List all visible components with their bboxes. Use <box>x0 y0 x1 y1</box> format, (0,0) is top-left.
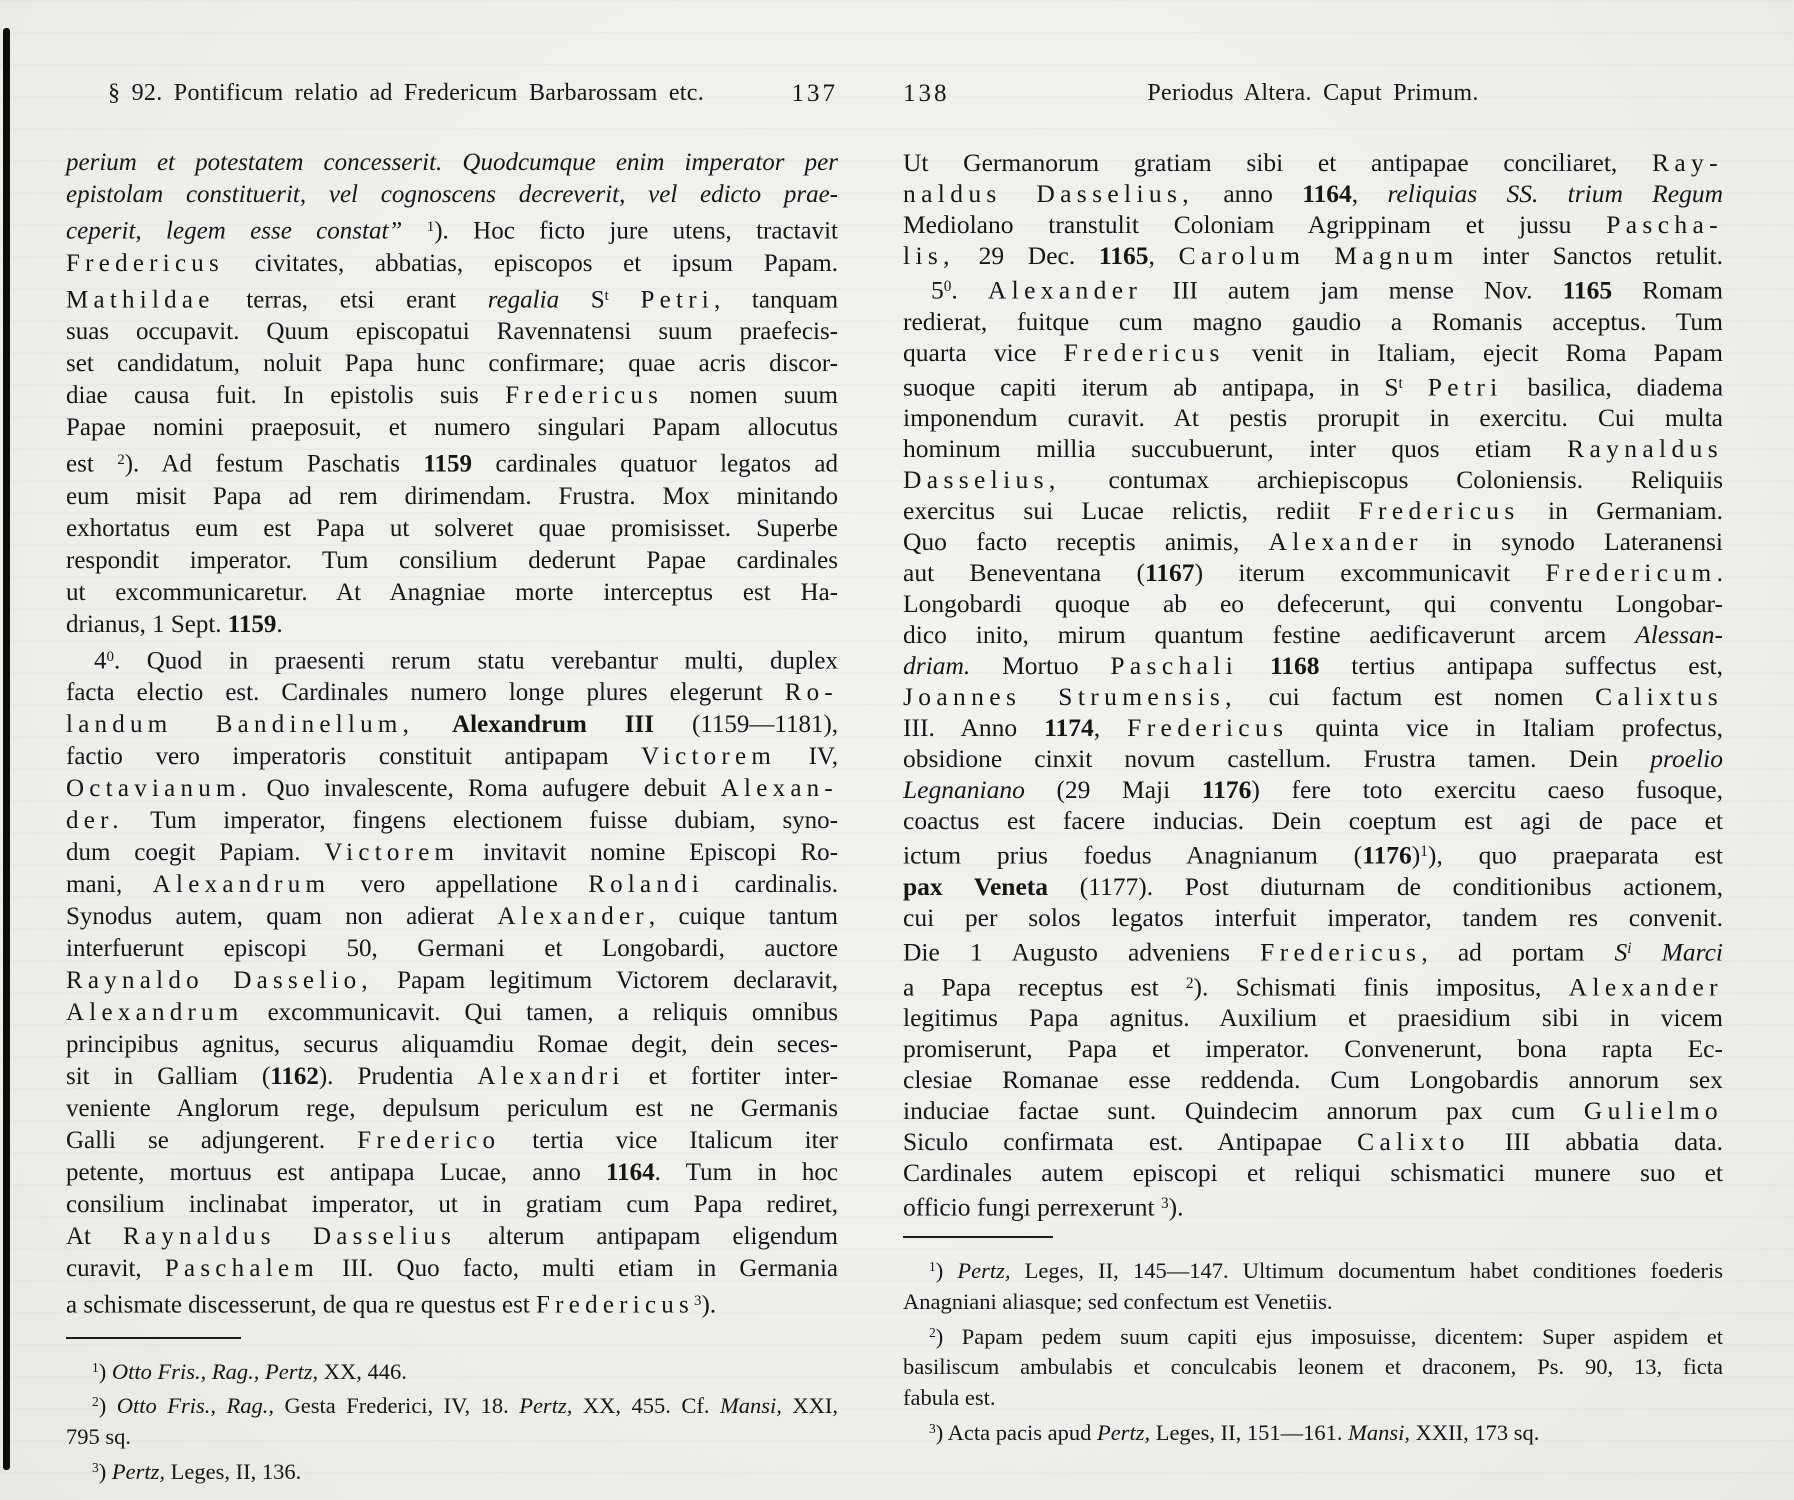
text-segment: ). Ad festum Paschatis <box>125 451 424 478</box>
text-segment: Leges, II, 136. <box>165 1459 301 1484</box>
text-segment: , <box>1094 713 1127 742</box>
text-segment: (1159—1181), <box>654 711 838 738</box>
text-segment: fabula est. <box>903 1385 995 1410</box>
text-segment: Petri <box>1428 372 1503 401</box>
text-segment: Tum imperator, fingens electionem fuisse… <box>124 807 838 834</box>
left-body-text: perium et potestatem concesserit. Quodcu… <box>66 147 838 1322</box>
text-segment: , ad portam <box>1421 938 1614 967</box>
text-line: coactus est facere inducias. Dein coeptu… <box>903 805 1723 836</box>
text-segment: Raynaldo Dasselio, <box>66 967 373 994</box>
text-line: mani, Alexandrum vero appellatione Rolan… <box>66 869 838 901</box>
text-segment: Fredericus <box>505 382 663 409</box>
text-segment: Leges, II, 151—161. <box>1150 1420 1348 1445</box>
text-segment: Gesta Frederici, IV, 18. <box>274 1393 519 1418</box>
text-segment: (1177). Post diuturnam de conditionibus … <box>1048 872 1723 901</box>
text-segment: 1164 <box>1302 179 1352 208</box>
text-segment: vero appellatione <box>330 871 588 898</box>
page-left: § 92. Pontificum relatio ad Fredericum B… <box>66 80 838 1487</box>
text-segment <box>609 286 641 313</box>
text-line: Legnaniano (29 Maji 1176) fere toto exer… <box>903 774 1723 805</box>
text-segment: Fredericus <box>1260 938 1421 967</box>
text-segment: Fredericus <box>66 250 224 277</box>
text-segment: Calixtus <box>1595 682 1723 711</box>
left-footnote-rule <box>66 1337 241 1339</box>
text-line: officio fungi perrexerunt 3). <box>903 1188 1723 1223</box>
text-segment: III autem jam mense Nov. <box>1142 276 1562 305</box>
right-body-text: Ut Germanorum gratiam sibi et antipapae … <box>903 147 1723 1223</box>
text-line: Mediolano transtulit Coloniam Agrippinam… <box>903 209 1723 240</box>
text-line: diae causa fuit. In epistolis suis Frede… <box>66 380 838 412</box>
right-page-number: 138 <box>903 80 950 108</box>
text-line: curavit, Paschalem III. Quo facto, multi… <box>66 1253 838 1285</box>
text-line: Papae nomini praeposuit, et numero singu… <box>66 412 838 444</box>
text-segment <box>1238 651 1270 680</box>
text-segment: est <box>66 451 117 478</box>
text-segment: ceperit, legem esse constat” <box>66 218 427 245</box>
text-segment: ). Schismati finis impositus, <box>1194 972 1569 1001</box>
text-segment: Victorem <box>324 839 459 866</box>
text-line: driam. Mortuo Paschali 1168 tertius anti… <box>903 650 1723 681</box>
text-line: perium et potestatem concesserit. Quodcu… <box>66 147 838 179</box>
text-segment: Calixto <box>1357 1127 1470 1156</box>
text-segment: 4 <box>94 647 107 674</box>
text-line: Quo facto receptis animis, Alexander in … <box>903 526 1723 557</box>
text-segment: Raynaldus <box>1567 434 1723 463</box>
text-segment: quinta vice in Italiam profectus, <box>1288 713 1723 742</box>
text-line: fabula est. <box>903 1382 1723 1413</box>
text-segment: 1165 <box>1563 276 1613 305</box>
text-segment: Cardinales autem episcopi et reliqui sch… <box>903 1158 1723 1187</box>
paragraph: 3) Acta pacis apud Pertz, Leges, II, 151… <box>903 1413 1723 1448</box>
text-segment: ) Papam pedem suum capiti ejus imposuiss… <box>936 1323 1723 1348</box>
text-line: 795 sq. <box>66 1421 838 1452</box>
text-segment: Fredericum <box>1546 558 1717 587</box>
text-segment: basiliscum ambulabis et conculcabis leon… <box>903 1354 1723 1379</box>
text-segment: Alexander <box>498 903 649 930</box>
superscript-text: 2 <box>1186 975 1194 992</box>
text-segment: dum coegit Papiam. <box>66 839 324 866</box>
text-line: consilium inclinabat imperator, ut in gr… <box>66 1189 838 1221</box>
text-segment: Otto Fris., Rag., <box>117 1393 274 1418</box>
text-line: Octavianum. Quo invalescente, Roma aufug… <box>66 773 838 805</box>
text-line: imponendum curavit. At pestis prorupit i… <box>903 402 1723 433</box>
text-segment: 5 <box>931 276 944 305</box>
page-right-header: 138 Periodus Altera. Caput Primum. <box>903 80 1723 114</box>
text-segment: terras, etsi erant <box>215 286 488 313</box>
page-right: 138 Periodus Altera. Caput Primum. Ut Ge… <box>903 80 1723 1448</box>
text-segment: driam. <box>903 651 970 680</box>
text-line: Longobardi quoque ab eo defecerunt, qui … <box>903 588 1723 619</box>
text-segment: a schismate discesserunt, de qua re ques… <box>66 1292 536 1319</box>
text-segment: IV, <box>776 743 838 770</box>
text-segment: Petri <box>641 286 714 313</box>
text-segment: reliquias SS. trium Regum <box>1387 179 1723 208</box>
book-scan: { "colors": { "paper": "#efeeea", "ink":… <box>0 0 1794 1500</box>
text-line: induciae factae sunt. Quindecim annorum … <box>903 1095 1723 1126</box>
text-segment: Frederico <box>357 1127 500 1154</box>
text-segment: ) <box>936 1258 958 1283</box>
text-segment: Alexander <box>1268 527 1422 556</box>
text-segment: XX, 455. Cf. <box>572 1393 720 1418</box>
text-segment: 1167 <box>1145 558 1195 587</box>
text-segment: set candidatum, noluit Papa hunc confirm… <box>66 350 838 377</box>
text-segment: ) <box>99 1393 117 1418</box>
text-segment: Ut Germanorum gratiam sibi et antipapae … <box>903 148 1652 177</box>
text-line: naldus Dasselius, anno 1164, reliquias S… <box>903 178 1723 209</box>
text-segment: ) <box>1412 841 1421 870</box>
text-segment: cardinales quatuor legatos ad <box>472 451 838 478</box>
text-segment: Die 1 Augusto adveniens <box>903 938 1260 967</box>
text-segment: 795 sq. <box>66 1424 131 1449</box>
left-footnotes: 1) Otto Fris., Rag., Pertz, XX, 446.2) O… <box>66 1352 838 1487</box>
text-segment: regalia <box>488 286 559 313</box>
text-segment: Alexandrum <box>66 999 243 1026</box>
text-line: exercitus sui Lucae relictis, rediit Fre… <box>903 495 1723 526</box>
text-line: 3) Acta pacis apud Pertz, Leges, II, 151… <box>903 1413 1723 1448</box>
text-segment: Paschalem <box>165 1255 319 1282</box>
text-segment: respondit imperator. Tum consilium deder… <box>66 547 838 574</box>
text-segment: Synodus autem, quam non adierat <box>66 903 498 930</box>
text-segment: suas occupavit. Quum episcopatui Ravenna… <box>66 318 838 345</box>
text-segment: alterum antipapam eligendum <box>456 1223 838 1250</box>
text-line: a schismate discesserunt, de qua re ques… <box>66 1285 838 1322</box>
text-line: Synodus autem, quam non adierat Alexande… <box>66 901 838 933</box>
text-segment: tertia vice Italicum iter <box>500 1127 838 1154</box>
text-line: eum misit Papa ad rem dirimendam. Frustr… <box>66 481 838 513</box>
text-segment: Ro- <box>785 679 838 706</box>
text-segment: Carolum Magnum <box>1179 241 1459 270</box>
text-segment: mani, <box>66 871 153 898</box>
text-segment: aut Beneventana ( <box>903 558 1145 587</box>
text-segment: landum Bandinellum, <box>66 711 414 738</box>
text-line: a Papa receptus est 2). Schismati finis … <box>903 968 1723 1003</box>
scan-edge-artifact <box>3 28 10 1470</box>
text-line: At Raynaldus Dasselius alterum antipapam… <box>66 1221 838 1253</box>
text-line: 2) Papam pedem suum capiti ejus imposuis… <box>903 1317 1723 1352</box>
text-segment: Mansi, <box>720 1393 782 1418</box>
text-segment: contumax archiepiscopus Coloniensis. Rel… <box>1061 465 1723 494</box>
text-line: Siculo confirmata est. Antipapae Calixto… <box>903 1126 1723 1157</box>
text-segment: exercitus sui Lucae relictis, rediit <box>903 496 1359 525</box>
text-segment: ut excommunicaretur. At Anagniae morte i… <box>66 579 838 606</box>
text-line: cui per solos legatos interfuit imperato… <box>903 902 1723 933</box>
text-segment: induciae factae sunt. Quindecim annorum … <box>903 1096 1584 1125</box>
text-segment: tertius antipapa suffectus est, <box>1320 651 1723 680</box>
text-segment: Leges, II, 145—147. Ultimum documentum h… <box>1011 1258 1723 1283</box>
text-segment: Octavianum. <box>66 775 252 802</box>
superscript-text: 2 <box>929 1325 936 1340</box>
text-segment: invitavit nomine Episcopi Ro- <box>459 839 838 866</box>
text-line: promiserunt, Papa et imperator. Convener… <box>903 1033 1723 1064</box>
text-line: der. Tum imperator, fingens electionem f… <box>66 805 838 837</box>
text-segment <box>414 711 452 738</box>
text-segment: . <box>951 276 987 305</box>
text-segment: , cuique tantum <box>649 903 838 930</box>
text-segment: principibus agnitus, securus aliquamdiu … <box>66 1031 838 1058</box>
text-segment: cardinalis. <box>704 871 838 898</box>
text-line: aut Beneventana (1167) iterum excommunic… <box>903 557 1723 588</box>
text-segment: dico inito, mirum quantum festine aedifi… <box>903 620 1635 649</box>
text-segment: redierat, fuitque cum magno gaudio a Rom… <box>903 307 1723 336</box>
text-segment: der. <box>66 807 124 834</box>
text-segment: suoque capiti iterum ab antipapa, in S <box>903 372 1399 401</box>
text-segment: Romam <box>1612 276 1723 305</box>
text-segment: epistolam constituerit, vel cognoscens d… <box>66 181 838 208</box>
text-segment: legitimus Papa agnitus. Auxilium et prae… <box>903 1003 1723 1032</box>
text-line: Mathildae terras, etsi erant regalia St … <box>66 280 838 317</box>
paragraph: perium et potestatem concesserit. Quodcu… <box>66 147 838 641</box>
text-segment: Ray- <box>1652 148 1723 177</box>
text-segment: XX, 446. <box>318 1358 407 1383</box>
text-segment: ). <box>1169 1193 1184 1222</box>
text-line: Cardinales autem episcopi et reliqui sch… <box>903 1157 1723 1188</box>
text-line: hominum millia succubuerunt, inter quos … <box>903 433 1723 464</box>
text-segment: Galli se adjungerent. <box>66 1127 357 1154</box>
superscript-text: 1 <box>929 1259 936 1274</box>
text-segment: Alexandrum III <box>452 711 654 738</box>
text-segment: ) Acta pacis apud <box>936 1420 1097 1445</box>
text-segment: diae causa fuit. In epistolis suis <box>66 382 505 409</box>
text-segment: ). Hoc ficto jure utens, tractavit <box>434 218 838 245</box>
text-segment: ), quo praeparata est <box>1428 841 1723 870</box>
text-segment: 1159 <box>423 451 472 478</box>
text-segment: Fredericus <box>1359 496 1520 525</box>
text-line: drianus, 1 Sept. 1159. <box>66 609 838 641</box>
text-line: III. Anno 1174, Fredericus quinta vice i… <box>903 712 1723 743</box>
text-segment: a Papa receptus est <box>903 972 1186 1001</box>
text-segment: nomen suum <box>663 382 838 409</box>
text-line: set candidatum, noluit Papa hunc confirm… <box>66 348 838 380</box>
text-line: landum Bandinellum, Alexandrum III (1159… <box>66 709 838 741</box>
text-segment: At <box>66 1223 123 1250</box>
text-line: suoque capiti iterum ab antipapa, in St … <box>903 368 1723 403</box>
paragraph: 1) Otto Fris., Rag., Pertz, XX, 446. <box>66 1352 838 1387</box>
text-segment: lis, <box>903 241 955 270</box>
paragraph: 1) Pertz, Leges, II, 145—147. Ultimum do… <box>903 1251 1723 1317</box>
text-line: 1) Otto Fris., Rag., Pertz, XX, 446. <box>66 1352 838 1387</box>
right-footnote-rule <box>903 1236 1053 1238</box>
text-segment: basilica, diadema <box>1503 372 1723 401</box>
superscript-text: 2 <box>92 1394 99 1409</box>
left-page-number: 137 <box>792 80 839 108</box>
text-segment: factio vero imperatoris constituit antip… <box>66 743 641 770</box>
text-segment: . Quod in praesenti rerum statu verebant… <box>114 647 838 674</box>
text-segment: Fredericus <box>1127 713 1288 742</box>
text-segment: in Germaniam. <box>1520 496 1723 525</box>
text-segment: Alessan- <box>1635 620 1723 649</box>
left-running-title: § 92. Pontificum relatio ad Fredericum B… <box>108 80 704 107</box>
text-segment: facta electio est. Cardinales numero lon… <box>66 679 785 706</box>
text-line: Anagniani aliasque; sed confectum est Ve… <box>903 1286 1723 1317</box>
text-segment: interfuerunt episcopi 50, Germani et Lon… <box>66 935 838 962</box>
text-segment: clesiae Romanae esse reddenda. Cum Longo… <box>903 1065 1723 1094</box>
text-segment: Pertz, <box>112 1459 165 1484</box>
text-segment: III abbatia data. <box>1470 1127 1723 1156</box>
text-line: 50. Alexander III autem jam mense Nov. 1… <box>903 271 1723 306</box>
text-line: 40. Quod in praesenti rerum statu vereba… <box>66 641 838 678</box>
paragraph: 2) Otto Fris., Rag., Gesta Frederici, IV… <box>66 1386 838 1452</box>
text-segment: Pertz, <box>1097 1420 1150 1445</box>
superscript-text: 0 <box>107 649 115 665</box>
text-segment: veniente Anglorum rege, depulsum pericul… <box>66 1095 838 1122</box>
text-segment: cui factum est nomen <box>1237 682 1595 711</box>
text-segment: XXI, <box>782 1393 838 1418</box>
text-segment: Longobardi quoque ab eo defecerunt, qui … <box>903 589 1723 618</box>
superscript-text: 1 <box>92 1360 99 1375</box>
text-segment: S <box>1614 938 1627 967</box>
text-line: epistolam constituerit, vel cognoscens d… <box>66 179 838 211</box>
text-line: Joannes Strumensis, cui factum est nomen… <box>903 681 1723 712</box>
text-segment: sit in Galliam ( <box>66 1063 270 1090</box>
text-segment: curavit, <box>66 1255 165 1282</box>
text-segment: Mortuo <box>970 651 1110 680</box>
text-segment: Alexan- <box>721 775 838 802</box>
text-segment: Alexandrum <box>153 871 330 898</box>
text-segment: promiserunt, Papa et imperator. Convener… <box>903 1034 1723 1063</box>
text-segment: eum misit Papa ad rem dirimendam. Frustr… <box>66 483 838 510</box>
superscript-text: 3 <box>1161 1195 1169 1212</box>
superscript-text: 3 <box>92 1460 99 1475</box>
text-segment: Pertz, <box>957 1258 1010 1283</box>
text-line: pax Veneta (1177). Post diuturnam de con… <box>903 871 1723 902</box>
text-line: veniente Anglorum rege, depulsum pericul… <box>66 1093 838 1125</box>
text-segment: . <box>1717 558 1723 587</box>
text-line: factio vero imperatoris constituit antip… <box>66 741 838 773</box>
text-segment: imponendum curavit. At pestis prorupit i… <box>903 403 1723 432</box>
text-line: dico inito, mirum quantum festine aedifi… <box>903 619 1723 650</box>
text-segment: , tanquam <box>714 286 838 313</box>
text-segment: Alexander <box>1569 972 1723 1001</box>
text-line: dum coegit Papiam. Victorem invitavit no… <box>66 837 838 869</box>
text-line: Dasselius, contumax archiepiscopus Colon… <box>903 464 1723 495</box>
text-line: petente, mortuus est antipapa Lucae, ann… <box>66 1157 838 1189</box>
text-line: basiliscum ambulabis et conculcabis leon… <box>903 1351 1723 1382</box>
text-segment: Alexander <box>988 276 1142 305</box>
right-running-title: Periodus Altera. Caput Primum. <box>1147 80 1478 107</box>
text-segment: Alexandri <box>477 1063 624 1090</box>
text-segment: exhortatus eum est Papa ut solveret quae… <box>66 515 838 542</box>
text-segment: Mathildae <box>66 286 215 313</box>
paragraph: 3) Pertz, Leges, II, 136. <box>66 1452 838 1487</box>
text-segment: hominum millia succubuerunt, inter quos … <box>903 434 1567 463</box>
text-segment: Pertz, <box>519 1393 572 1418</box>
text-segment: . <box>276 611 282 638</box>
text-segment: Marci <box>1631 938 1723 967</box>
text-segment: Otto Fris., Rag., Pertz, <box>112 1358 318 1383</box>
text-line: Ut Germanorum gratiam sibi et antipapae … <box>903 147 1723 178</box>
text-segment: (29 Maji <box>1025 775 1202 804</box>
text-segment: 1168 <box>1270 651 1320 680</box>
text-segment: ) <box>99 1358 112 1383</box>
text-segment: Paschali <box>1110 651 1238 680</box>
text-segment: quarta vice <box>903 338 1064 367</box>
text-segment: , <box>1352 179 1388 208</box>
page-left-header: § 92. Pontificum relatio ad Fredericum B… <box>66 80 838 114</box>
text-segment: 1165 <box>1099 241 1149 270</box>
text-segment: ictum prius foedus Anagnianum ( <box>903 841 1362 870</box>
text-line: redierat, fuitque cum magno gaudio a Rom… <box>903 306 1723 337</box>
text-segment: drianus, 1 Sept. <box>66 611 228 638</box>
text-line: exhortatus eum est Papa ut solveret quae… <box>66 513 838 545</box>
right-footnotes: 1) Pertz, Leges, II, 145—147. Ultimum do… <box>903 1251 1723 1448</box>
text-segment: Legnaniano <box>903 775 1025 804</box>
text-segment: proelio <box>1650 744 1723 773</box>
text-segment: Papam legitimum Victorem declaravit, <box>373 967 838 994</box>
text-segment: 29 Dec. <box>955 241 1099 270</box>
text-segment: petente, mortuus est antipapa Lucae, ann… <box>66 1159 606 1186</box>
text-line: respondit imperator. Tum consilium deder… <box>66 545 838 577</box>
text-segment: Fredericus <box>536 1292 694 1319</box>
text-segment: Victorem <box>641 743 776 770</box>
text-segment: 1176 <box>1202 775 1252 804</box>
superscript-text: 2 <box>117 452 125 468</box>
text-segment: 1174 <box>1044 713 1094 742</box>
text-segment: Gulielmo <box>1584 1096 1723 1125</box>
text-segment: consilium inclinabat imperator, ut in gr… <box>66 1191 838 1218</box>
text-line: facta electio est. Cardinales numero lon… <box>66 677 838 709</box>
text-segment: Joannes Strumensis, <box>903 682 1237 711</box>
superscript-text: 1 <box>1420 843 1428 860</box>
text-line: 3) Pertz, Leges, II, 136. <box>66 1452 838 1487</box>
text-line: sit in Galliam (1162). Prudentia Alexand… <box>66 1061 838 1093</box>
text-line: interfuerunt episcopi 50, Germani et Lon… <box>66 933 838 965</box>
text-segment: naldus Dasselius, <box>903 179 1194 208</box>
text-segment: ) iterum excommunicavit <box>1195 558 1546 587</box>
text-line: legitimus Papa agnitus. Auxilium et prae… <box>903 1002 1723 1033</box>
paragraph: 40. Quod in praesenti rerum statu vereba… <box>66 641 838 1322</box>
text-segment: civitates, abbatias, episcopos et ipsum … <box>224 250 838 277</box>
text-segment: coactus est facere inducias. Dein coeptu… <box>903 806 1723 835</box>
paragraph: Ut Germanorum gratiam sibi et antipapae … <box>903 147 1723 271</box>
text-line: obsidione cinxit novum castellum. Frustr… <box>903 743 1723 774</box>
text-segment: Mansi, <box>1348 1420 1410 1445</box>
text-segment: 1176 <box>1362 841 1412 870</box>
text-line: lis, 29 Dec. 1165, Carolum Magnum inter … <box>903 240 1723 271</box>
text-segment: Mediolano transtulit Coloniam Agrippinam… <box>903 210 1606 239</box>
text-segment: pax Veneta <box>903 872 1048 901</box>
superscript-text: 3 <box>929 1421 936 1436</box>
text-segment: Quo facto receptis animis, <box>903 527 1268 556</box>
text-line: suas occupavit. Quum episcopatui Ravenna… <box>66 316 838 348</box>
text-segment: 1159 <box>228 611 277 638</box>
text-segment: Raynaldus Dasselius <box>123 1223 456 1250</box>
text-line: Raynaldo Dasselio, Papam legitimum Victo… <box>66 965 838 997</box>
text-line: 2) Otto Fris., Rag., Gesta Frederici, IV… <box>66 1386 838 1421</box>
text-segment: inter Sanctos retulit. <box>1459 241 1723 270</box>
text-line: ut excommunicaretur. At Anagniae morte i… <box>66 577 838 609</box>
text-segment: Fredericus <box>1064 338 1225 367</box>
text-segment: excommunicavit. Qui tamen, a reliquis om… <box>243 999 838 1026</box>
text-segment: in synodo Lateranensi <box>1423 527 1723 556</box>
text-segment: ) <box>99 1459 112 1484</box>
text-line: Die 1 Augusto adveniens Fredericus, ad p… <box>903 933 1723 968</box>
text-segment: . Tum in hoc <box>655 1159 838 1186</box>
superscript-text: 3 <box>694 1293 702 1309</box>
text-segment: , <box>1149 241 1179 270</box>
text-segment: III. Quo facto, multi etiam in Germania <box>319 1255 838 1282</box>
text-line: 1) Pertz, Leges, II, 145—147. Ultimum do… <box>903 1251 1723 1286</box>
text-segment: venit in Italiam, ejecit Roma Papam <box>1225 338 1723 367</box>
text-line: quarta vice Fredericus venit in Italiam,… <box>903 337 1723 368</box>
text-line: principibus agnitus, securus aliquamdiu … <box>66 1029 838 1061</box>
text-segment: XXII, 173 sq. <box>1410 1420 1539 1445</box>
paragraph: 50. Alexander III autem jam mense Nov. 1… <box>903 271 1723 1223</box>
text-line: Alexandrum excommunicavit. Qui tamen, a … <box>66 997 838 1029</box>
text-segment: III. Anno <box>903 713 1044 742</box>
text-segment: 1162 <box>270 1063 319 1090</box>
text-segment: ). <box>702 1292 717 1319</box>
text-segment: Papae nomini praeposuit, et numero singu… <box>66 414 838 441</box>
